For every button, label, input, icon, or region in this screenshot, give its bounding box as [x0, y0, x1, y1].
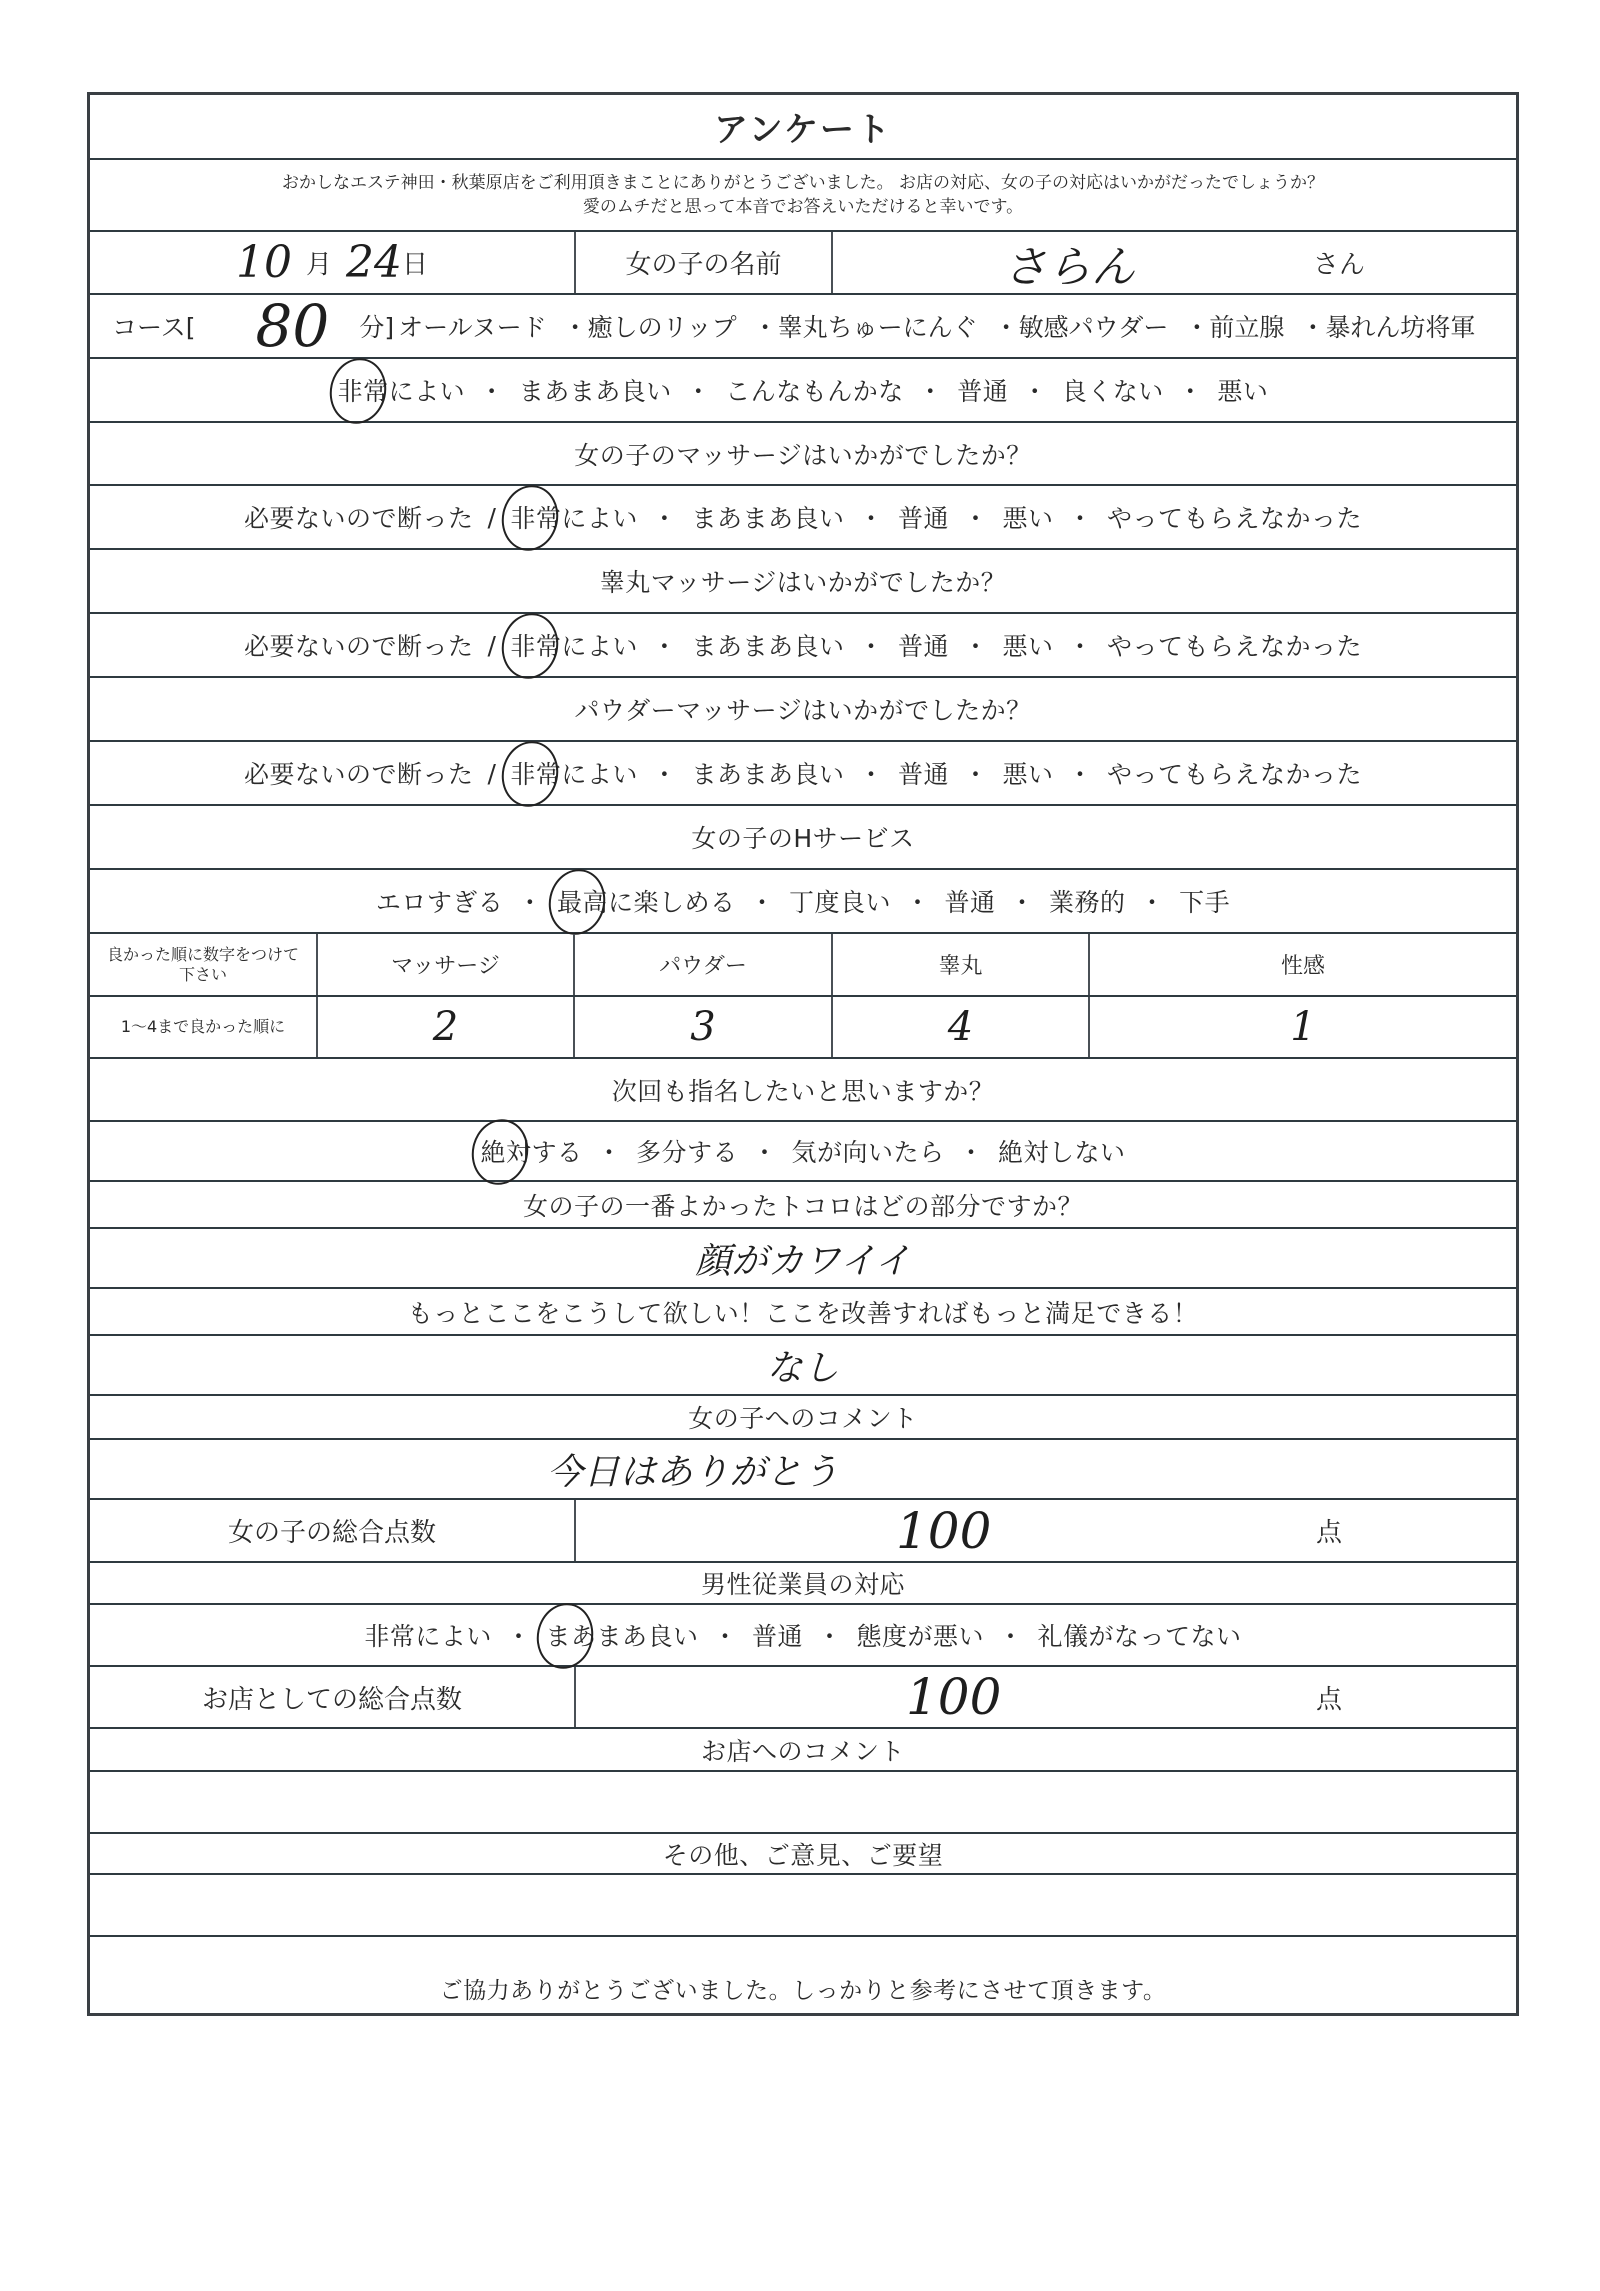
- footer-text: ご協力ありがとうございました。しっかりと参考にさせて頂きます。: [440, 1972, 1167, 2005]
- ranking-value-powder[interactable]: 3: [575, 997, 833, 1057]
- girl-name-suffix: さん: [1313, 244, 1365, 281]
- best-part-question-row: 女の子の一番よかったトコロはどの部分ですか？: [90, 1182, 1516, 1229]
- date-cell[interactable]: 10 月 24 日: [90, 232, 576, 293]
- overall-option-2[interactable]: こんなもんかな: [723, 372, 906, 408]
- day-value[interactable]: 24: [346, 237, 402, 288]
- h-service-option-3[interactable]: 普通: [943, 883, 998, 919]
- improvement-answer[interactable]: なし: [766, 1340, 839, 1391]
- course-option-5[interactable]: ・暴れん坊将軍: [1300, 308, 1475, 344]
- ranking-value-0[interactable]: 2: [433, 1004, 458, 1050]
- powder-question-row: パウダーマッサージはいかがでしたか？: [90, 678, 1516, 742]
- page-title: アンケート: [714, 102, 892, 151]
- staff-question: 男性従業員の対応: [701, 1565, 905, 1601]
- girl-score-unit: 点: [1316, 1512, 1342, 1549]
- staff-option-1[interactable]: まあまあ良い: [543, 1617, 700, 1653]
- powder-option-3[interactable]: 悪い: [1001, 755, 1056, 791]
- course-option-3[interactable]: ・敏感パウダー: [994, 308, 1169, 344]
- course-minutes-value[interactable]: 80: [256, 292, 330, 360]
- testicle-option-3[interactable]: 悪い: [1001, 627, 1056, 663]
- h-service-options-row: エロすぎる・ 最高に楽しめる・ 丁度良い・ 普通・ 業務的・ 下手: [90, 870, 1516, 934]
- h-service-option-5[interactable]: 下手: [1177, 883, 1232, 919]
- h-service-option-4[interactable]: 業務的: [1047, 883, 1128, 919]
- massage-question: 女の子のマッサージはいかがでしたか？: [574, 436, 1032, 472]
- testicle-question: 睾丸マッサージはいかがでしたか？: [600, 563, 1007, 599]
- testicle-option-2[interactable]: 普通: [896, 627, 951, 663]
- course-option-2[interactable]: ・睾丸ちゅーにんぐ: [753, 308, 978, 344]
- powder-option-2[interactable]: 普通: [896, 755, 951, 791]
- massage-option-4[interactable]: やってもらえなかった: [1105, 499, 1364, 535]
- ranking-header-label: 良かった順に数字をつけて下さい: [103, 945, 303, 985]
- shop-score-label-cell: お店としての総合点数: [90, 1667, 576, 1727]
- overall-option-1[interactable]: まあまあ良い: [517, 372, 674, 408]
- course-row: コース[ 80 分] オールヌード ・癒しのリップ ・睾丸ちゅーにんぐ ・敏感パ…: [90, 295, 1516, 359]
- ranking-header-row: 良かった順に数字をつけて下さい マッサージ パウダー 睾丸 性感: [90, 934, 1516, 997]
- massage-option-3[interactable]: 悪い: [1001, 499, 1056, 535]
- overall-option-4[interactable]: 良くない: [1060, 372, 1166, 408]
- renominate-option-0[interactable]: 絶対する: [478, 1133, 584, 1169]
- course-option-4[interactable]: ・前立腺: [1184, 308, 1284, 344]
- powder-option-4[interactable]: やってもらえなかった: [1105, 755, 1364, 791]
- improvement-answer-row[interactable]: なし: [90, 1336, 1516, 1396]
- powder-options-row: 必要ないので断った/ 非常によい・ まあまあ良い・ 普通・ 悪い・ やってもらえ…: [90, 742, 1516, 806]
- renominate-option-3[interactable]: 絶対しない: [996, 1133, 1128, 1169]
- ranking-value-testicle[interactable]: 4: [833, 997, 1090, 1057]
- shop-score-label: お店としての総合点数: [202, 1679, 462, 1716]
- h-service-question: 女の子のHサービス: [691, 819, 914, 855]
- best-part-answer[interactable]: 顔がカワイイ: [695, 1233, 911, 1284]
- staff-option-3[interactable]: 態度が悪い: [855, 1617, 987, 1653]
- other-answer-row[interactable]: [90, 1875, 1516, 1937]
- overall-rating-row: 非常によい・ まあまあ良い・ こんなもんかな・ 普通・ 良くない・ 悪い: [90, 359, 1516, 423]
- course-prefix: コース[: [112, 308, 196, 344]
- month-label: 月: [306, 244, 332, 281]
- renominate-option-1[interactable]: 多分する: [634, 1133, 740, 1169]
- ranking-col-sensual: 性感: [1090, 934, 1516, 995]
- staff-option-0[interactable]: 非常によい: [362, 1617, 494, 1653]
- ranking-value-2[interactable]: 4: [948, 1004, 973, 1050]
- intro-line-2: 愛のムチだと思って本音でお答えいただけると幸いです。: [583, 195, 1023, 219]
- renominate-option-2[interactable]: 気が向いたら: [790, 1133, 947, 1169]
- title-row: アンケート: [90, 95, 1516, 160]
- h-service-option-1[interactable]: 最高に楽しめる: [555, 883, 738, 919]
- ranking-value-row: 1～4まで良かった順に 2 3 4 1: [90, 997, 1516, 1059]
- intro-row: おかしなエステ神田・秋葉原店をご利用頂きまことにありがとうございました。 お店の…: [90, 160, 1516, 232]
- intro-line-1: おかしなエステ神田・秋葉原店をご利用頂きまことにありがとうございました。 お店の…: [282, 171, 1324, 195]
- girl-comment-question-row: 女の子へのコメント: [90, 1396, 1516, 1440]
- girl-name-label-cell: 女の子の名前: [576, 232, 833, 293]
- day-label: 日: [402, 244, 428, 281]
- renominate-question: 次回も指名したいと思いますか？: [612, 1072, 995, 1108]
- ranking-row-label: 1～4まで良かった順に: [121, 1017, 285, 1037]
- powder-question: パウダーマッサージはいかがでしたか？: [574, 691, 1031, 727]
- ranking-col-label-2: 睾丸: [938, 949, 982, 980]
- ranking-col-label-1: パウダー: [659, 949, 747, 980]
- shop-comment-answer-row[interactable]: [90, 1772, 1516, 1834]
- overall-option-5[interactable]: 悪い: [1215, 372, 1270, 408]
- testicle-option-4[interactable]: やってもらえなかった: [1105, 627, 1364, 663]
- testicle-options-row: 必要ないので断った/ 非常によい・ まあまあ良い・ 普通・ 悪い・ やってもらえ…: [90, 614, 1516, 678]
- improvement-question-row: もっとここをこうして欲しい！ここを改善すればもっと満足できる！: [90, 1289, 1516, 1336]
- staff-question-row: 男性従業員の対応: [90, 1563, 1516, 1605]
- shop-score-value-cell[interactable]: 100 点: [576, 1667, 1516, 1727]
- ranking-col-label-3: 性感: [1281, 949, 1325, 980]
- massage-option-0[interactable]: 非常によい: [508, 499, 640, 535]
- girl-score-label: 女の子の総合点数: [228, 1512, 436, 1549]
- best-part-question: 女の子の一番よかったトコロはどの部分ですか？: [523, 1187, 1083, 1223]
- course-option-0[interactable]: オールヌード: [398, 308, 547, 344]
- girl-score-value-cell[interactable]: 100 点: [576, 1500, 1516, 1561]
- ranking-header-label-cell: 良かった順に数字をつけて下さい: [90, 934, 318, 995]
- massage-option-1[interactable]: まあまあ良い: [689, 499, 846, 535]
- footer-row: ご協力ありがとうございました。しっかりと参考にさせて頂きます。: [90, 1937, 1516, 2013]
- other-question: その他、ご意見、ご要望: [663, 1836, 944, 1872]
- ranking-col-label-0: マッサージ: [391, 949, 500, 980]
- testicle-question-row: 睾丸マッサージはいかがでしたか？: [90, 550, 1516, 614]
- shop-score-value[interactable]: 100: [906, 1668, 1001, 1726]
- overall-option-3[interactable]: 普通: [955, 372, 1010, 408]
- girl-name-label: 女の子の名前: [625, 244, 781, 281]
- best-part-answer-row[interactable]: 顔がカワイイ: [90, 1229, 1516, 1289]
- improvement-question: もっとここをこうして欲しい！ここを改善すればもっと満足できる！: [408, 1294, 1199, 1330]
- month-value[interactable]: 10: [236, 237, 292, 288]
- massage-option-2[interactable]: 普通: [896, 499, 951, 535]
- girl-name-cell[interactable]: さらん さん: [833, 232, 1516, 293]
- girl-name-value[interactable]: さらん: [1003, 231, 1135, 295]
- h-service-question-row: 女の子のHサービス: [90, 806, 1516, 870]
- ranking-col-testicle: 睾丸: [833, 934, 1090, 995]
- survey-form: アンケート おかしなエステ神田・秋葉原店をご利用頂きまことにありがとうございまし…: [87, 92, 1519, 2016]
- staff-option-4[interactable]: 礼儀がなってない: [1036, 1617, 1244, 1653]
- girl-score-value[interactable]: 100: [896, 1502, 991, 1560]
- ranking-value-sensual[interactable]: 1: [1090, 997, 1516, 1057]
- testicle-refused[interactable]: 必要ないので断った: [242, 627, 476, 663]
- girl-score-label-cell: 女の子の総合点数: [90, 1500, 576, 1561]
- testicle-option-0[interactable]: 非常によい: [508, 627, 640, 663]
- girl-comment-answer-row[interactable]: 今日はありがとう: [90, 1440, 1516, 1500]
- girl-comment-question: 女の子へのコメント: [688, 1399, 918, 1435]
- overall-option-0[interactable]: 非常によい: [336, 372, 468, 408]
- course-minutes-suffix: 分]: [359, 308, 394, 344]
- shop-comment-question-row: お店へのコメント: [90, 1729, 1516, 1772]
- shop-score-row: お店としての総合点数 100 点: [90, 1667, 1516, 1729]
- girl-score-row: 女の子の総合点数 100 点: [90, 1500, 1516, 1563]
- renominate-question-row: 次回も指名したいと思いますか？: [90, 1059, 1516, 1122]
- massage-options-row: 必要ないので断った/ 非常によい・ まあまあ良い・ 普通・ 悪い・ やってもらえ…: [90, 486, 1516, 550]
- h-service-option-2[interactable]: 丁度良い: [787, 883, 893, 919]
- powder-option-0[interactable]: 非常によい: [508, 755, 640, 791]
- shop-score-unit: 点: [1316, 1679, 1342, 1716]
- other-question-row: その他、ご意見、ご要望: [90, 1834, 1516, 1875]
- renominate-options-row: 絶対する・ 多分する・ 気が向いたら・ 絶対しない: [90, 1122, 1516, 1182]
- staff-option-2[interactable]: 普通: [750, 1617, 805, 1653]
- powder-option-1[interactable]: まあまあ良い: [689, 755, 846, 791]
- ranking-value-1[interactable]: 3: [690, 1004, 715, 1050]
- h-service-option-0[interactable]: エロすぎる: [374, 883, 506, 919]
- powder-refused[interactable]: 必要ないので断った: [242, 755, 476, 791]
- shop-comment-question: お店へのコメント: [701, 1732, 905, 1768]
- ranking-value-3[interactable]: 1: [1290, 1004, 1315, 1050]
- ranking-col-massage: マッサージ: [318, 934, 575, 995]
- ranking-value-massage[interactable]: 2: [318, 997, 575, 1057]
- course-option-1[interactable]: ・癒しのリップ: [563, 308, 737, 344]
- ranking-row-label-cell: 1～4まで良かった順に: [90, 997, 318, 1057]
- girl-comment-answer[interactable]: 今日はありがとう: [547, 1444, 839, 1495]
- massage-question-row: 女の子のマッサージはいかがでしたか？: [90, 423, 1516, 486]
- date-name-row: 10 月 24 日 女の子の名前 さらん さん: [90, 232, 1516, 295]
- testicle-option-1[interactable]: まあまあ良い: [689, 627, 846, 663]
- staff-options-row: 非常によい・ まあまあ良い・ 普通・ 態度が悪い・ 礼儀がなってない: [90, 1605, 1516, 1667]
- ranking-col-powder: パウダー: [575, 934, 833, 995]
- massage-refused[interactable]: 必要ないので断った: [242, 499, 476, 535]
